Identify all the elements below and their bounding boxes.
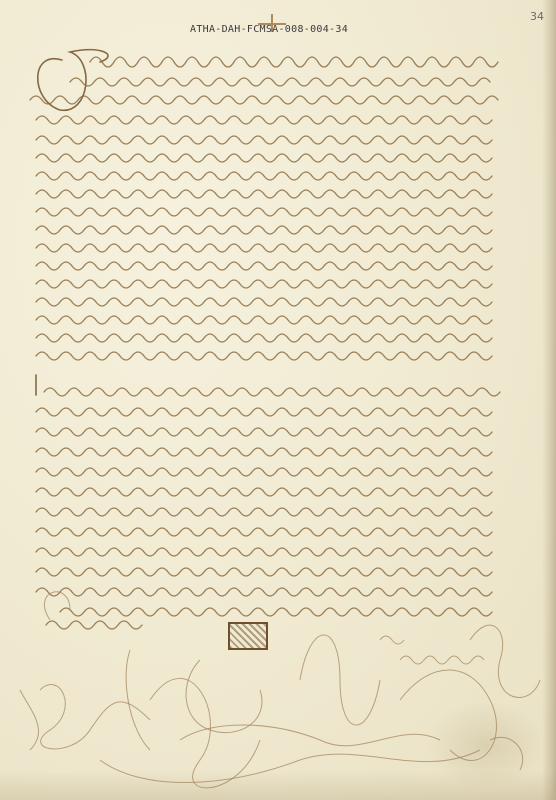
second-paragraph-text [36,375,500,616]
manuscript-page: ATHA-DAH-FCMSA-008-004-34 34 [0,0,556,800]
main-body-text [30,57,498,360]
notarial-signum-icon [228,622,268,650]
handwritten-text [0,0,556,800]
